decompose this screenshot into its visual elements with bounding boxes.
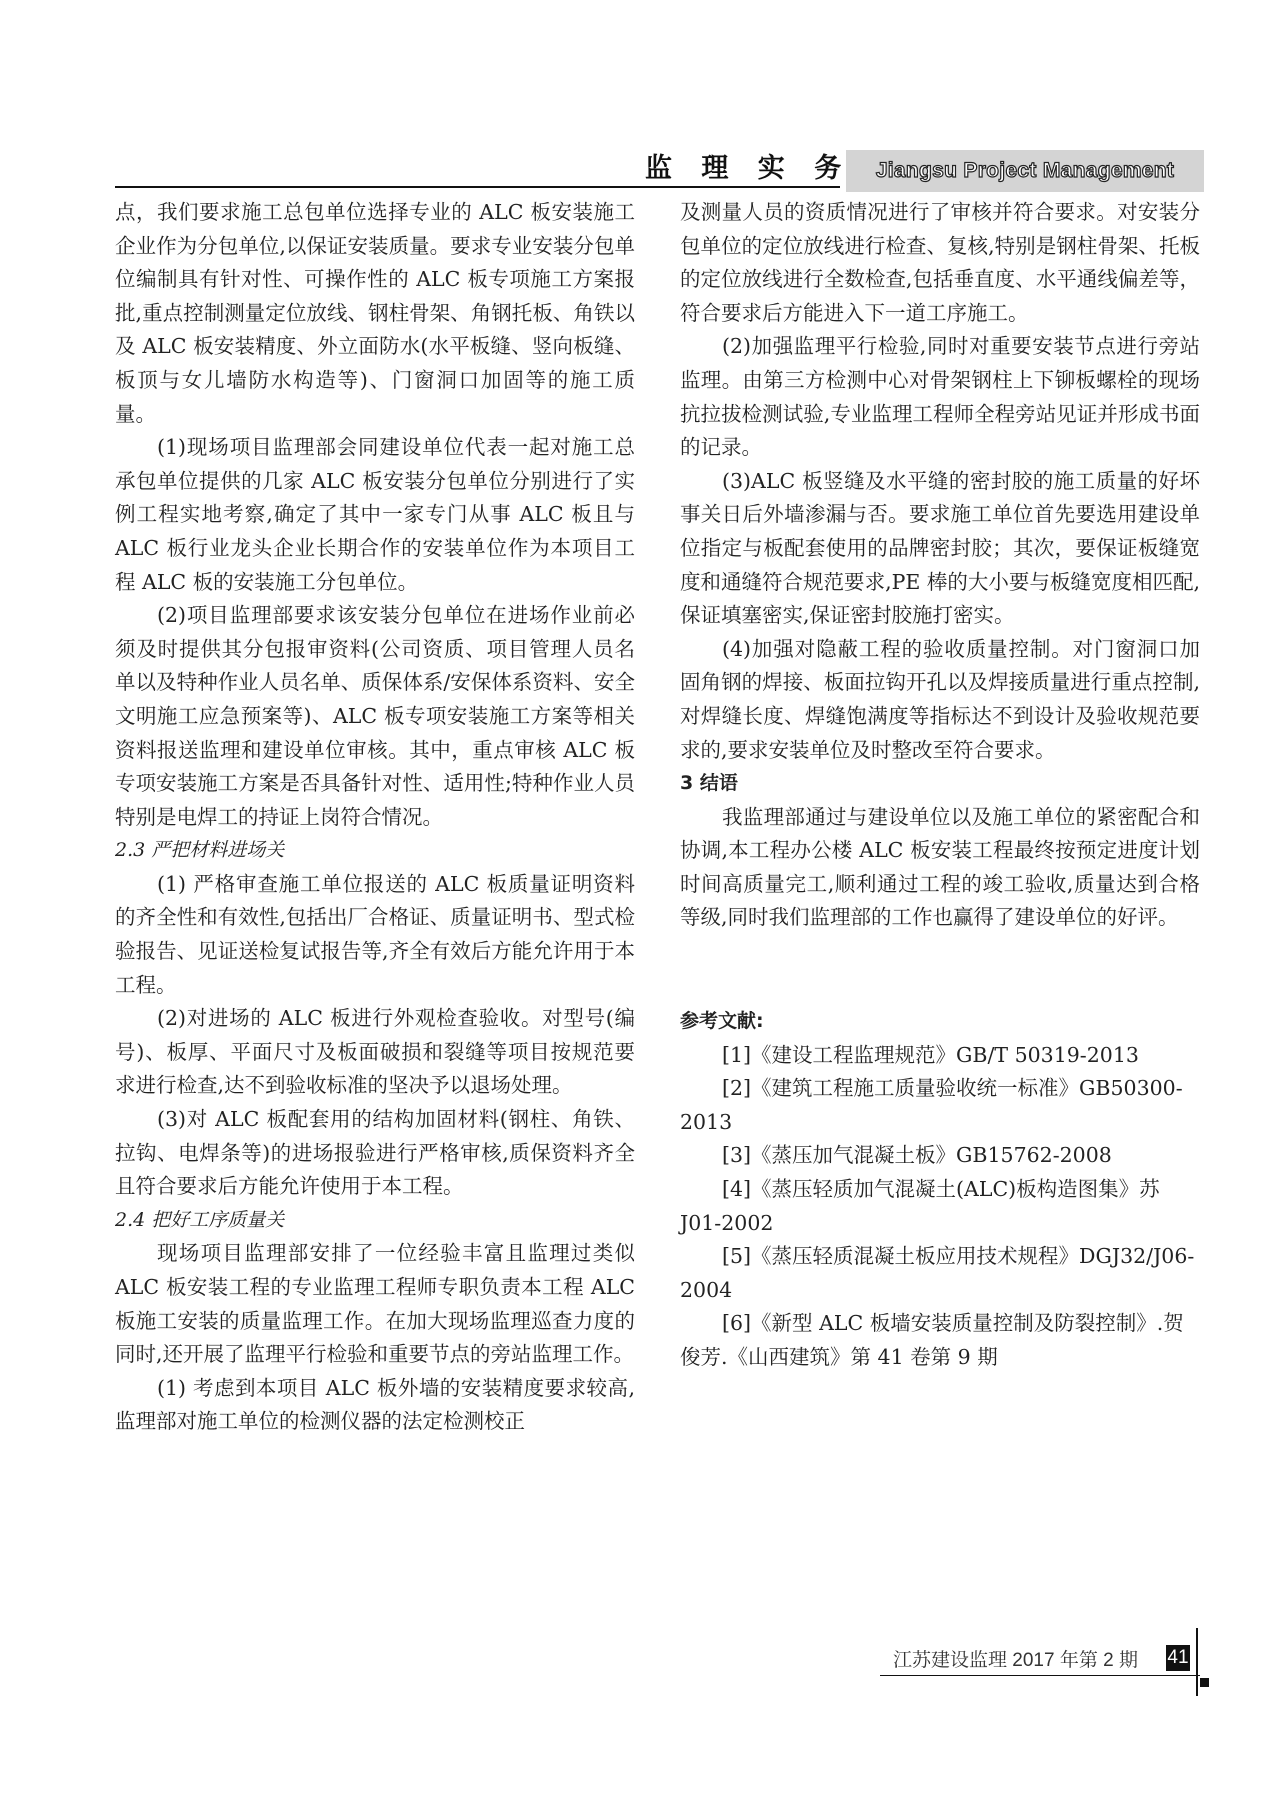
- reference-item: [6]《新型 ALC 板墙安装质量控制及防裂控制》.贺俊芳.《山西建筑》第 41…: [680, 1307, 1200, 1374]
- paragraph: (3)对 ALC 板配套用的结构加固材料(钢柱、角铁、拉钩、电焊条等)的进场报验…: [115, 1103, 635, 1204]
- footer-journal-issue: 江苏建设监理 2017 年第 2 期: [893, 1645, 1138, 1672]
- paragraph: (2)对进场的 ALC 板进行外观检查验收。对型号(编号)、板厚、平面尺寸及板面…: [115, 1002, 635, 1103]
- section-heading: 3 结语: [680, 767, 1200, 801]
- footer-square-mark: [1200, 1678, 1209, 1687]
- paragraph: 现场项目监理部安排了一位经验丰富且监理过类似 ALC 板安装工程的专业监理工程师…: [115, 1237, 635, 1371]
- references-title: 参考文献:: [680, 1005, 1200, 1039]
- paragraph: 我监理部通过与建设单位以及施工单位的紧密配合和协调,本工程办公楼 ALC 板安装…: [680, 801, 1200, 935]
- paragraph: (1) 严格审查施工单位报送的 ALC 板质量证明资料的齐全性和有效性,包括出厂…: [115, 868, 635, 1002]
- paragraph: (2)加强监理平行检验,同时对重要安装节点进行旁站监理。由第三方检测中心对骨架钢…: [680, 330, 1200, 464]
- reference-item: [5]《蒸压轻质混凝土板应用技术规程》DGJ32/J06-2004: [680, 1240, 1200, 1307]
- reference-item: [4]《蒸压轻质加气混凝土(ALC)板构造图集》苏J01-2002: [680, 1173, 1200, 1240]
- reference-item: [1]《建设工程监理规范》GB/T 50319-2013: [680, 1039, 1200, 1073]
- paragraph: 及测量人员的资质情况进行了审核并符合要求。对安装分包单位的定位放线进行检查、复核…: [680, 196, 1200, 330]
- subsection-heading: 2.4 把好工序质量关: [115, 1204, 635, 1238]
- header-rule: [115, 186, 840, 188]
- footer-crop-mark: [1196, 1628, 1198, 1696]
- right-column: 及测量人员的资质情况进行了审核并符合要求。对安装分包单位的定位放线进行检查、复核…: [680, 196, 1200, 1375]
- paragraph: (1) 考虑到本项目 ALC 板外墙的安装精度要求较高,监理部对施工单位的检测仪…: [115, 1372, 635, 1439]
- footer-rule: [880, 1675, 1200, 1676]
- reference-item: [3]《蒸压加气混凝土板》GB15762-2008: [680, 1139, 1200, 1173]
- journal-name-en: Jiangsu Project Management: [876, 159, 1174, 183]
- left-column: 点，我们要求施工总包单位选择专业的 ALC 板安装施工企业作为分包单位,以保证安…: [115, 196, 635, 1439]
- subsection-heading: 2.3 严把材料进场关: [115, 834, 635, 868]
- page-number: 41: [1166, 1645, 1190, 1671]
- paragraph: (3)ALC 板竖缝及水平缝的密封胶的施工质量的好坏事关日后外墙渗漏与否。要求施…: [680, 465, 1200, 633]
- section-title: 监 理 实 务: [645, 146, 851, 185]
- journal-banner: Jiangsu Project Management: [846, 150, 1204, 192]
- paragraph: (1)现场项目监理部会同建设单位代表一起对施工总承包单位提供的几家 ALC 板安…: [115, 431, 635, 599]
- paragraph: (4)加强对隐蔽工程的验收质量控制。对门窗洞口加固角钢的焊接、板面拉钩开孔以及焊…: [680, 633, 1200, 767]
- paragraph: 点，我们要求施工总包单位选择专业的 ALC 板安装施工企业作为分包单位,以保证安…: [115, 196, 635, 431]
- paragraph: (2)项目监理部要求该安装分包单位在进场作业前必须及时提供其分包报审资料(公司资…: [115, 599, 635, 834]
- reference-item: [2]《建筑工程施工质量验收统一标准》GB50300-2013: [680, 1072, 1200, 1139]
